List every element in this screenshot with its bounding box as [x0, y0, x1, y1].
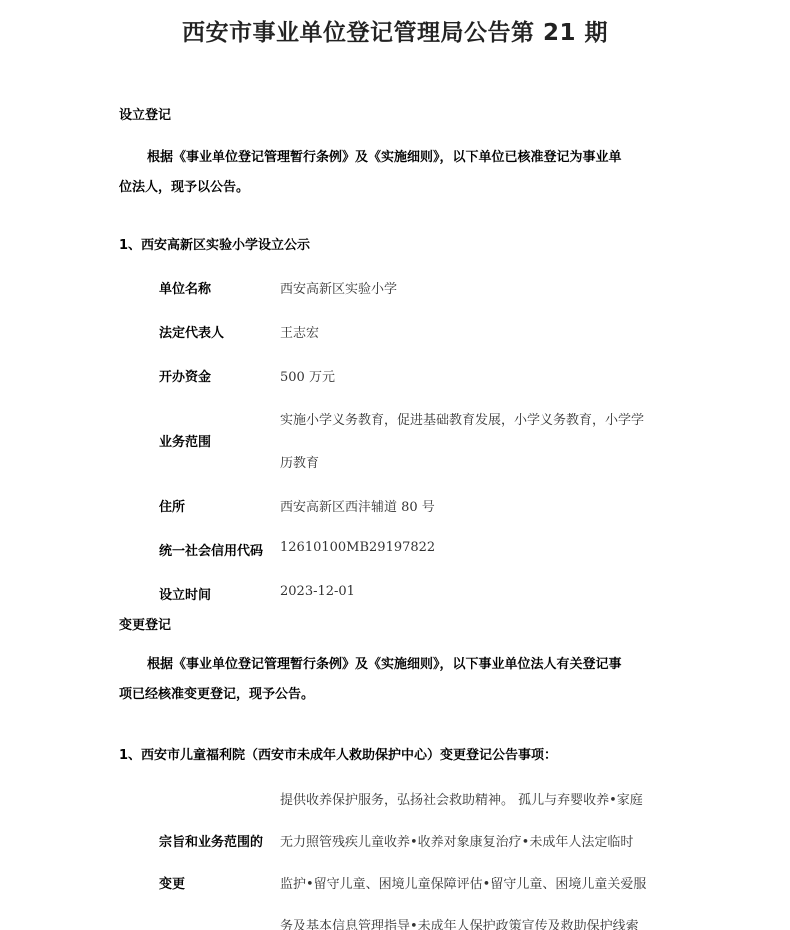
field-label-credit-code: 统一社会信用代码: [159, 540, 263, 559]
field-label-scope-change-line1: 宗旨和业务范围的: [159, 831, 263, 850]
field-label-capital: 开办资金: [159, 366, 211, 385]
field-label-established-date: 设立时间: [159, 584, 211, 603]
field-value-credit-code: 12610100MB29197822: [280, 540, 435, 555]
field-value-business-scope-line1: 实施小学义务教育，促进基础教育发展，小学义务教育，小学学: [280, 409, 644, 428]
field-label-business-scope: 业务范围: [159, 431, 211, 450]
change-intro-line2: 项已经核准变更登记，现予公告。: [119, 680, 675, 710]
field-label-unit-name: 单位名称: [159, 278, 211, 297]
establishment-intro: 根据《事业单位登记管理暂行条例》及《实施细则》，以下单位已核准登记为事业单 位法…: [119, 143, 675, 203]
establishment-item-heading: 1、西安高新区实验小学设立公示: [119, 234, 310, 253]
field-value-scope-change-line4: 务及基本信息管理指导•未成年人保护政策宣传及救助保护线索: [280, 915, 639, 930]
field-value-established-date: 2023-12-01: [280, 584, 355, 599]
change-item-heading: 1、西安市儿童福利院（西安市未成年人救助保护中心）变更登记公告事项：: [119, 744, 557, 763]
field-value-legal-rep: 王志宏: [280, 322, 319, 341]
field-value-business-scope-line2: 历教育: [280, 452, 319, 471]
field-value-scope-change-line1: 提供收养保护服务，弘扬社会救助精神。 孤儿与弃婴收养•家庭: [280, 789, 643, 808]
field-value-unit-name: 西安高新区实验小学: [280, 278, 397, 297]
section-heading-establishment: 设立登记: [119, 104, 171, 123]
field-value-address: 西安高新区西沣辅道 80 号: [280, 496, 435, 515]
field-label-scope-change-line2: 变更: [159, 873, 185, 892]
field-value-scope-change-line3: 监护•留守儿童、困境儿童保障评估•留守儿童、困境儿童关爱服: [280, 873, 646, 892]
establishment-intro-line1: 根据《事业单位登记管理暂行条例》及《实施细则》，以下单位已核准登记为事业单: [119, 143, 675, 173]
field-value-scope-change-line2: 无力照管残疾儿童收养•收养对象康复治疗•未成年人法定临时: [280, 831, 633, 850]
field-value-capital: 500 万元: [280, 366, 335, 385]
change-intro: 根据《事业单位登记管理暂行条例》及《实施细则》，以下事业单位法人有关登记事 项已…: [119, 650, 675, 710]
field-label-legal-rep: 法定代表人: [159, 322, 224, 341]
section-heading-change: 变更登记: [119, 614, 171, 633]
field-label-address: 住所: [159, 496, 185, 515]
establishment-intro-line2: 位法人，现予以公告。: [119, 173, 675, 203]
change-intro-line1: 根据《事业单位登记管理暂行条例》及《实施细则》，以下事业单位法人有关登记事: [119, 650, 675, 680]
document-title: 西安市事业单位登记管理局公告第 21 期: [0, 14, 790, 47]
